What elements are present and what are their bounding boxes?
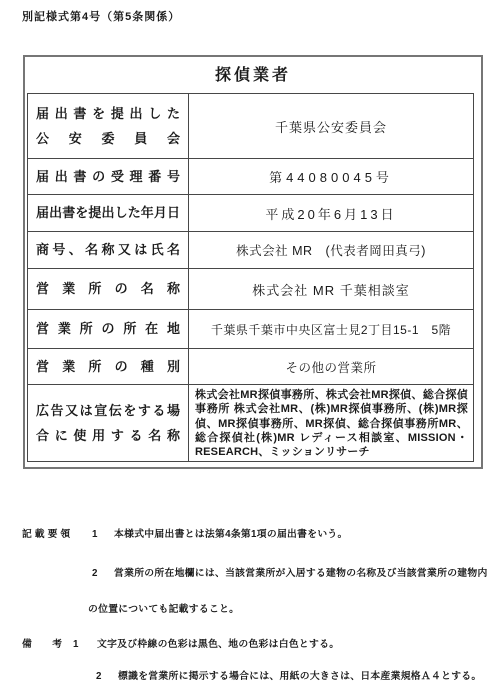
table-row-office-name: 営業所の名称 株式会社 MR 千葉相談室 [28, 269, 474, 310]
sign-title: 探偵業者 [25, 57, 481, 93]
table-row-commission: 届出書を提出した 公安委員会 千葉県公安委員会 [28, 94, 474, 159]
sign-board: 探偵業者 届出書を提出した 公安委員会 千葉県公安委員会 届出書の受理番号 第4… [23, 55, 483, 469]
note-kisai-item2-continuation: の位置についても記載すること。 [88, 601, 239, 615]
row-value-submission-date: 平成20年6月13日 [189, 195, 474, 232]
table-row-office-address: 営業所の所在地 千葉県千葉市中央区富士見2丁目15-1 5階 [28, 310, 474, 349]
row-value-office-address: 千葉県千葉市中央区富士見2丁目15-1 5階 [189, 310, 474, 349]
row-label-office-address: 営業所の所在地 [28, 310, 189, 349]
table-row-trade-name: 商号、名称又は氏名 株式会社 MR (代表者岡田真弓) [28, 232, 474, 269]
registration-table: 届出書を提出した 公安委員会 千葉県公安委員会 届出書の受理番号 第440800… [27, 93, 474, 462]
row-value-office-name: 株式会社 MR 千葉相談室 [189, 269, 474, 310]
row-label-receipt-number: 届出書の受理番号 [28, 159, 189, 195]
note-biko-item1: 備 考1文字及び枠線の色彩は黒色、地の色彩は白色とする。 [22, 636, 339, 650]
note-biko-item2: 2標識を営業所に掲示する場合には、用紙の大きさは、日本産業規格Ａ４とする。 [96, 668, 482, 682]
row-label-commission: 届出書を提出した 公安委員会 [28, 94, 189, 159]
note-kisai-item2: 2営業所の所在地欄には、当該営業所が入居する建物の名称及び当該営業所の建物内 [92, 565, 488, 579]
row-label-advertising-names: 広告又は宣伝をする場 合に使用する名称 [28, 385, 189, 462]
row-label-submission-date: 届出書を提出した年月日 [28, 195, 189, 232]
form-style-note: 別記様式第4号（第5条関係） [22, 8, 180, 24]
note-kisai-item2-text: 営業所の所在地欄には、当該営業所が入居する建物の名称及び当該営業所の建物内 [114, 568, 488, 579]
table-row-office-type: 営業所の種別 その他の営業所 [28, 349, 474, 385]
table-row-submission-date: 届出書を提出した年月日 平成20年6月13日 [28, 195, 474, 232]
note-biko-item2-num: 2 [96, 671, 118, 682]
row-label-trade-name: 商号、名称又は氏名 [28, 232, 189, 269]
note-kisai-item1-num: 1 [92, 529, 114, 540]
row-label-office-name: 営業所の名称 [28, 269, 189, 310]
note-biko-item1-num: 1 [73, 639, 97, 650]
note-biko-item2-text: 標識を営業所に掲示する場合には、用紙の大きさは、日本産業規格Ａ４とする。 [118, 671, 482, 682]
table-row-receipt-number: 届出書の受理番号 第44080045号 [28, 159, 474, 195]
note-kisai-item2-num: 2 [92, 568, 114, 579]
note-kisai-item1: 記載要領1本様式中届出書とは法第4条第1項の届出書をいう。 [22, 526, 348, 540]
scanned-document-page: { "page": { "form_note": "別記様式第4号（第5条関係）… [0, 0, 488, 690]
row-value-advertising-names: 株式会社MR探偵事務所、株式会社MR探偵、総合探偵事務所 株式会社MR、(株)M… [189, 385, 474, 462]
note-biko-item1-text: 文字及び枠線の色彩は黒色、地の色彩は白色とする。 [97, 639, 339, 650]
note-kisai-item1-text: 本様式中届出書とは法第4条第1項の届出書をいう。 [114, 529, 348, 540]
table-row-advertising-names: 広告又は宣伝をする場 合に使用する名称 株式会社MR探偵事務所、株式会社MR探偵… [28, 385, 474, 462]
row-label-office-type: 営業所の種別 [28, 349, 189, 385]
note-kisai-label: 記載要領 [22, 526, 92, 540]
row-value-trade-name: 株式会社 MR (代表者岡田真弓) [189, 232, 474, 269]
row-value-office-type: その他の営業所 [189, 349, 474, 385]
note-biko-label: 備 考 [22, 636, 73, 650]
row-value-receipt-number: 第44080045号 [189, 159, 474, 195]
row-value-commission: 千葉県公安委員会 [189, 94, 474, 159]
note-kisai-item2-cont-text: の位置についても記載すること。 [88, 604, 239, 615]
